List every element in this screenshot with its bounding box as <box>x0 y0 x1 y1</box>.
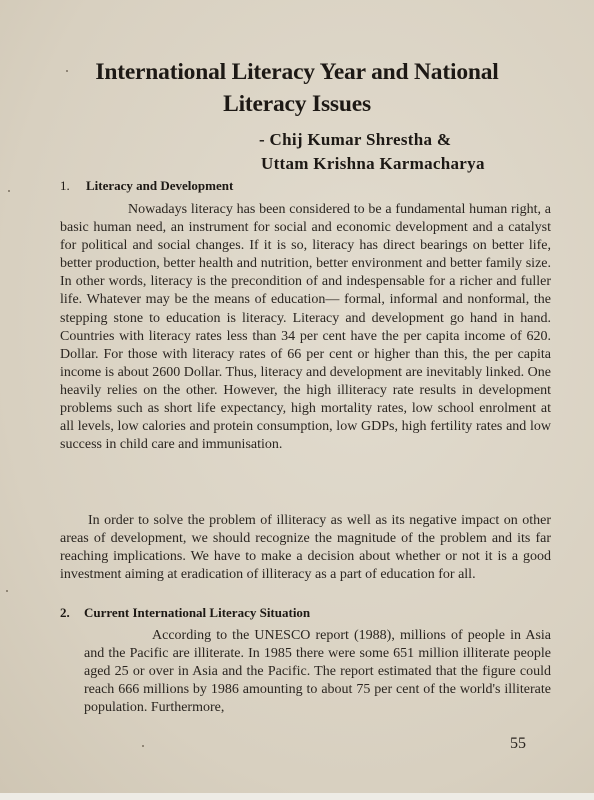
section-1-paragraph-1: Nowadays literacy has been considered to… <box>60 201 551 454</box>
paragraph-text: According to the UNESCO report (1988), m… <box>84 627 551 717</box>
section-heading-1: 1.Literacy and Development <box>60 178 233 194</box>
page-number: 55 <box>510 735 526 753</box>
section-1-paragraph-2: In order to solve the problem of illiter… <box>60 512 551 584</box>
section-2-paragraph-1: According to the UNESCO report (1988), m… <box>84 627 551 717</box>
page-edge <box>0 793 594 800</box>
scan-speck <box>8 190 10 192</box>
section-title: Literacy and Development <box>86 178 233 193</box>
section-number: 1. <box>60 178 86 194</box>
scan-speck <box>142 745 144 747</box>
title-line-2: Literacy Issues <box>60 88 534 120</box>
section-title: Current International Literacy Situation <box>84 605 310 620</box>
author-byline: - Chij Kumar Shrestha & Uttam Krishna Ka… <box>259 128 484 176</box>
scan-speck <box>66 70 68 72</box>
section-number: 2. <box>60 605 84 621</box>
article-title: International Literacy Year and National… <box>60 56 534 120</box>
author-line-2: Uttam Krishna Karmacharya <box>260 152 485 176</box>
section-heading-2: 2.Current International Literacy Situati… <box>60 605 310 621</box>
title-line-1: International Literacy Year and National <box>60 56 534 88</box>
paragraph-text: Nowadays literacy has been considered to… <box>60 201 551 454</box>
paragraph-text: In order to solve the problem of illiter… <box>60 512 551 584</box>
scanned-page: International Literacy Year and National… <box>0 0 594 793</box>
author-line-1: - Chij Kumar Shrestha & <box>259 128 484 152</box>
scan-speck <box>6 590 8 592</box>
